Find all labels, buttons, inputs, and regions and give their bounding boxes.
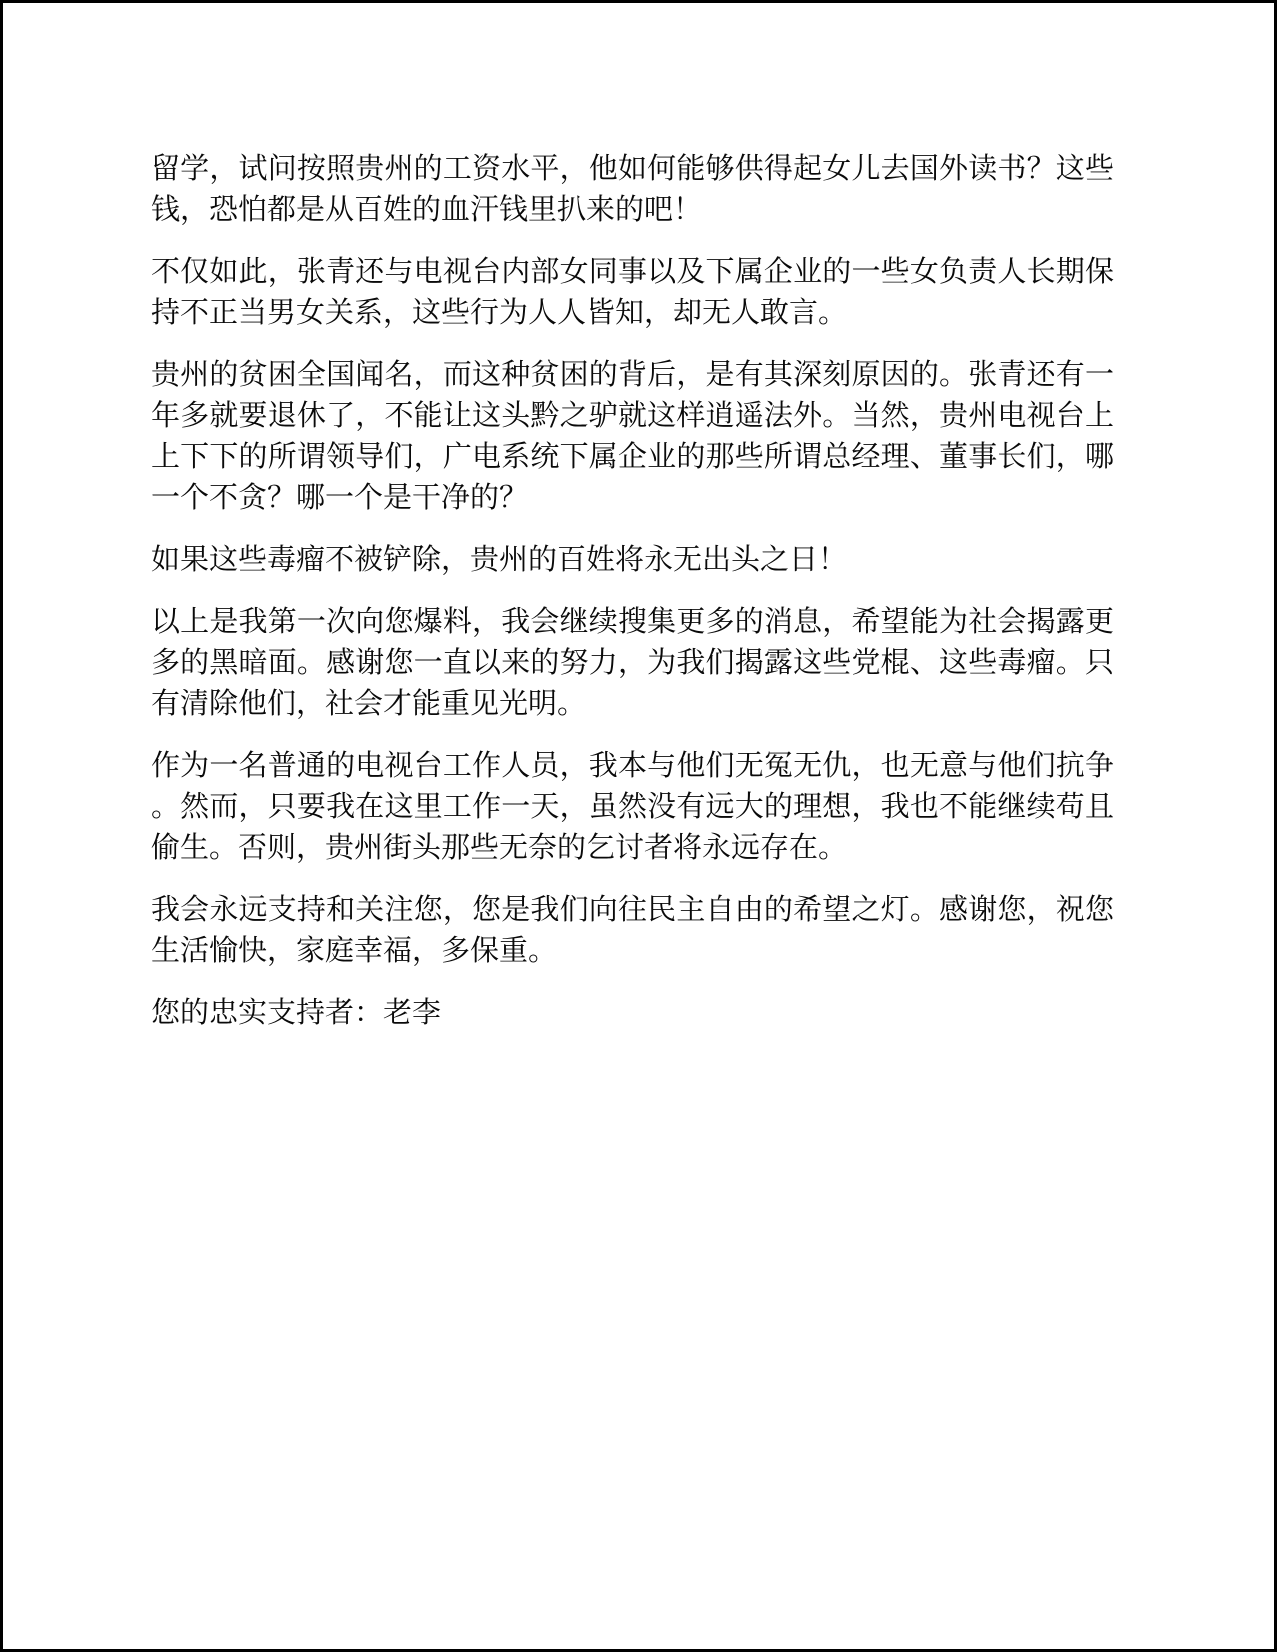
document-page: 留学，试问按照贵州的工资水平，他如何能够供得起女儿去国外读书？这些 钱，恐怕都是… bbox=[0, 0, 1277, 1652]
text-line: 上下下的所谓领导们，广电系统下属企业的那些所谓总经理、董事长们，哪 bbox=[151, 437, 1114, 478]
paragraph-5: 以上是我第一次向您爆料，我会继续搜集更多的消息，希望能为社会揭露更 多的黑暗面。… bbox=[151, 602, 1114, 725]
paragraph-1: 留学，试问按照贵州的工资水平，他如何能够供得起女儿去国外读书？这些 钱，恐怕都是… bbox=[151, 149, 1114, 231]
paragraph-6: 作为一名普通的电视台工作人员，我本与他们无冤无仇，也无意与他们抗争 。然而，只要… bbox=[151, 746, 1114, 869]
paragraph-8-signature: 您的忠实支持者：老李 bbox=[151, 993, 1114, 1034]
paragraph-4: 如果这些毒瘤不被铲除，贵州的百姓将永无出头之日！ bbox=[151, 540, 1114, 581]
text-line: 偷生。否则，贵州街头那些无奈的乞讨者将永远存在。 bbox=[151, 828, 1114, 869]
text-line: 有清除他们，社会才能重见光明。 bbox=[151, 684, 1114, 725]
text-line: 贵州的贫困全国闻名，而这种贫困的背后，是有其深刻原因的。张青还有一 bbox=[151, 355, 1114, 396]
signature-line: 您的忠实支持者：老李 bbox=[151, 993, 1114, 1034]
text-line: 钱，恐怕都是从百姓的血汗钱里扒来的吧！ bbox=[151, 190, 1114, 231]
text-line: 持不正当男女关系，这些行为人人皆知，却无人敢言。 bbox=[151, 293, 1114, 334]
text-line: 我会永远支持和关注您，您是我们向往民主自由的希望之灯。感谢您，祝您 bbox=[151, 890, 1114, 931]
letter-body: 留学，试问按照贵州的工资水平，他如何能够供得起女儿去国外读书？这些 钱，恐怕都是… bbox=[3, 3, 1274, 1034]
text-line: 不仅如此，张青还与电视台内部女同事以及下属企业的一些女负责人长期保 bbox=[151, 252, 1114, 293]
paragraph-3: 贵州的贫困全国闻名，而这种贫困的背后，是有其深刻原因的。张青还有一 年多就要退休… bbox=[151, 355, 1114, 519]
paragraph-7: 我会永远支持和关注您，您是我们向往民主自由的希望之灯。感谢您，祝您 生活愉快，家… bbox=[151, 890, 1114, 972]
text-line: 生活愉快，家庭幸福，多保重。 bbox=[151, 931, 1114, 972]
text-line: 以上是我第一次向您爆料，我会继续搜集更多的消息，希望能为社会揭露更 bbox=[151, 602, 1114, 643]
text-line: 一个不贪？哪一个是干净的？ bbox=[151, 478, 1114, 519]
text-line: 多的黑暗面。感谢您一直以来的努力，为我们揭露这些党棍、这些毒瘤。只 bbox=[151, 643, 1114, 684]
text-line: 作为一名普通的电视台工作人员，我本与他们无冤无仇，也无意与他们抗争 bbox=[151, 746, 1114, 787]
text-line: 。然而，只要我在这里工作一天，虽然没有远大的理想，我也不能继续苟且 bbox=[151, 787, 1114, 828]
paragraph-2: 不仅如此，张青还与电视台内部女同事以及下属企业的一些女负责人长期保 持不正当男女… bbox=[151, 252, 1114, 334]
text-line: 年多就要退休了，不能让这头黔之驴就这样逍遥法外。当然，贵州电视台上 bbox=[151, 396, 1114, 437]
text-line: 留学，试问按照贵州的工资水平，他如何能够供得起女儿去国外读书？这些 bbox=[151, 149, 1114, 190]
text-line: 如果这些毒瘤不被铲除，贵州的百姓将永无出头之日！ bbox=[151, 540, 1114, 581]
